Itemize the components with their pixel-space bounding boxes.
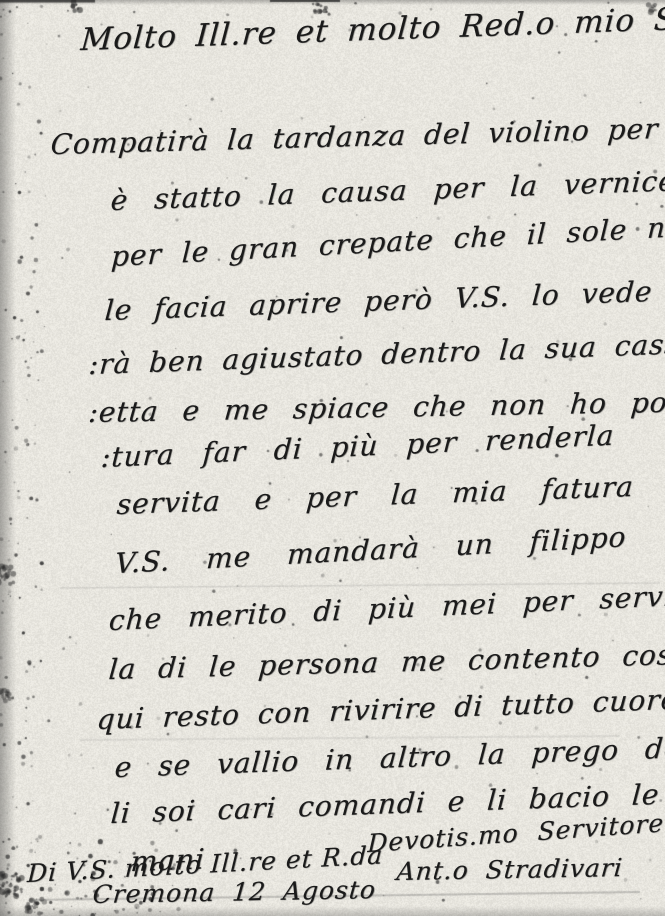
signature: Ant.o Stradivari xyxy=(395,853,624,886)
letter-scan-page: Molto Ill.re et molto Red.o mio Sig.r Pr… xyxy=(0,0,665,916)
place-date-line: Cremona 12 Agosto xyxy=(91,875,377,909)
